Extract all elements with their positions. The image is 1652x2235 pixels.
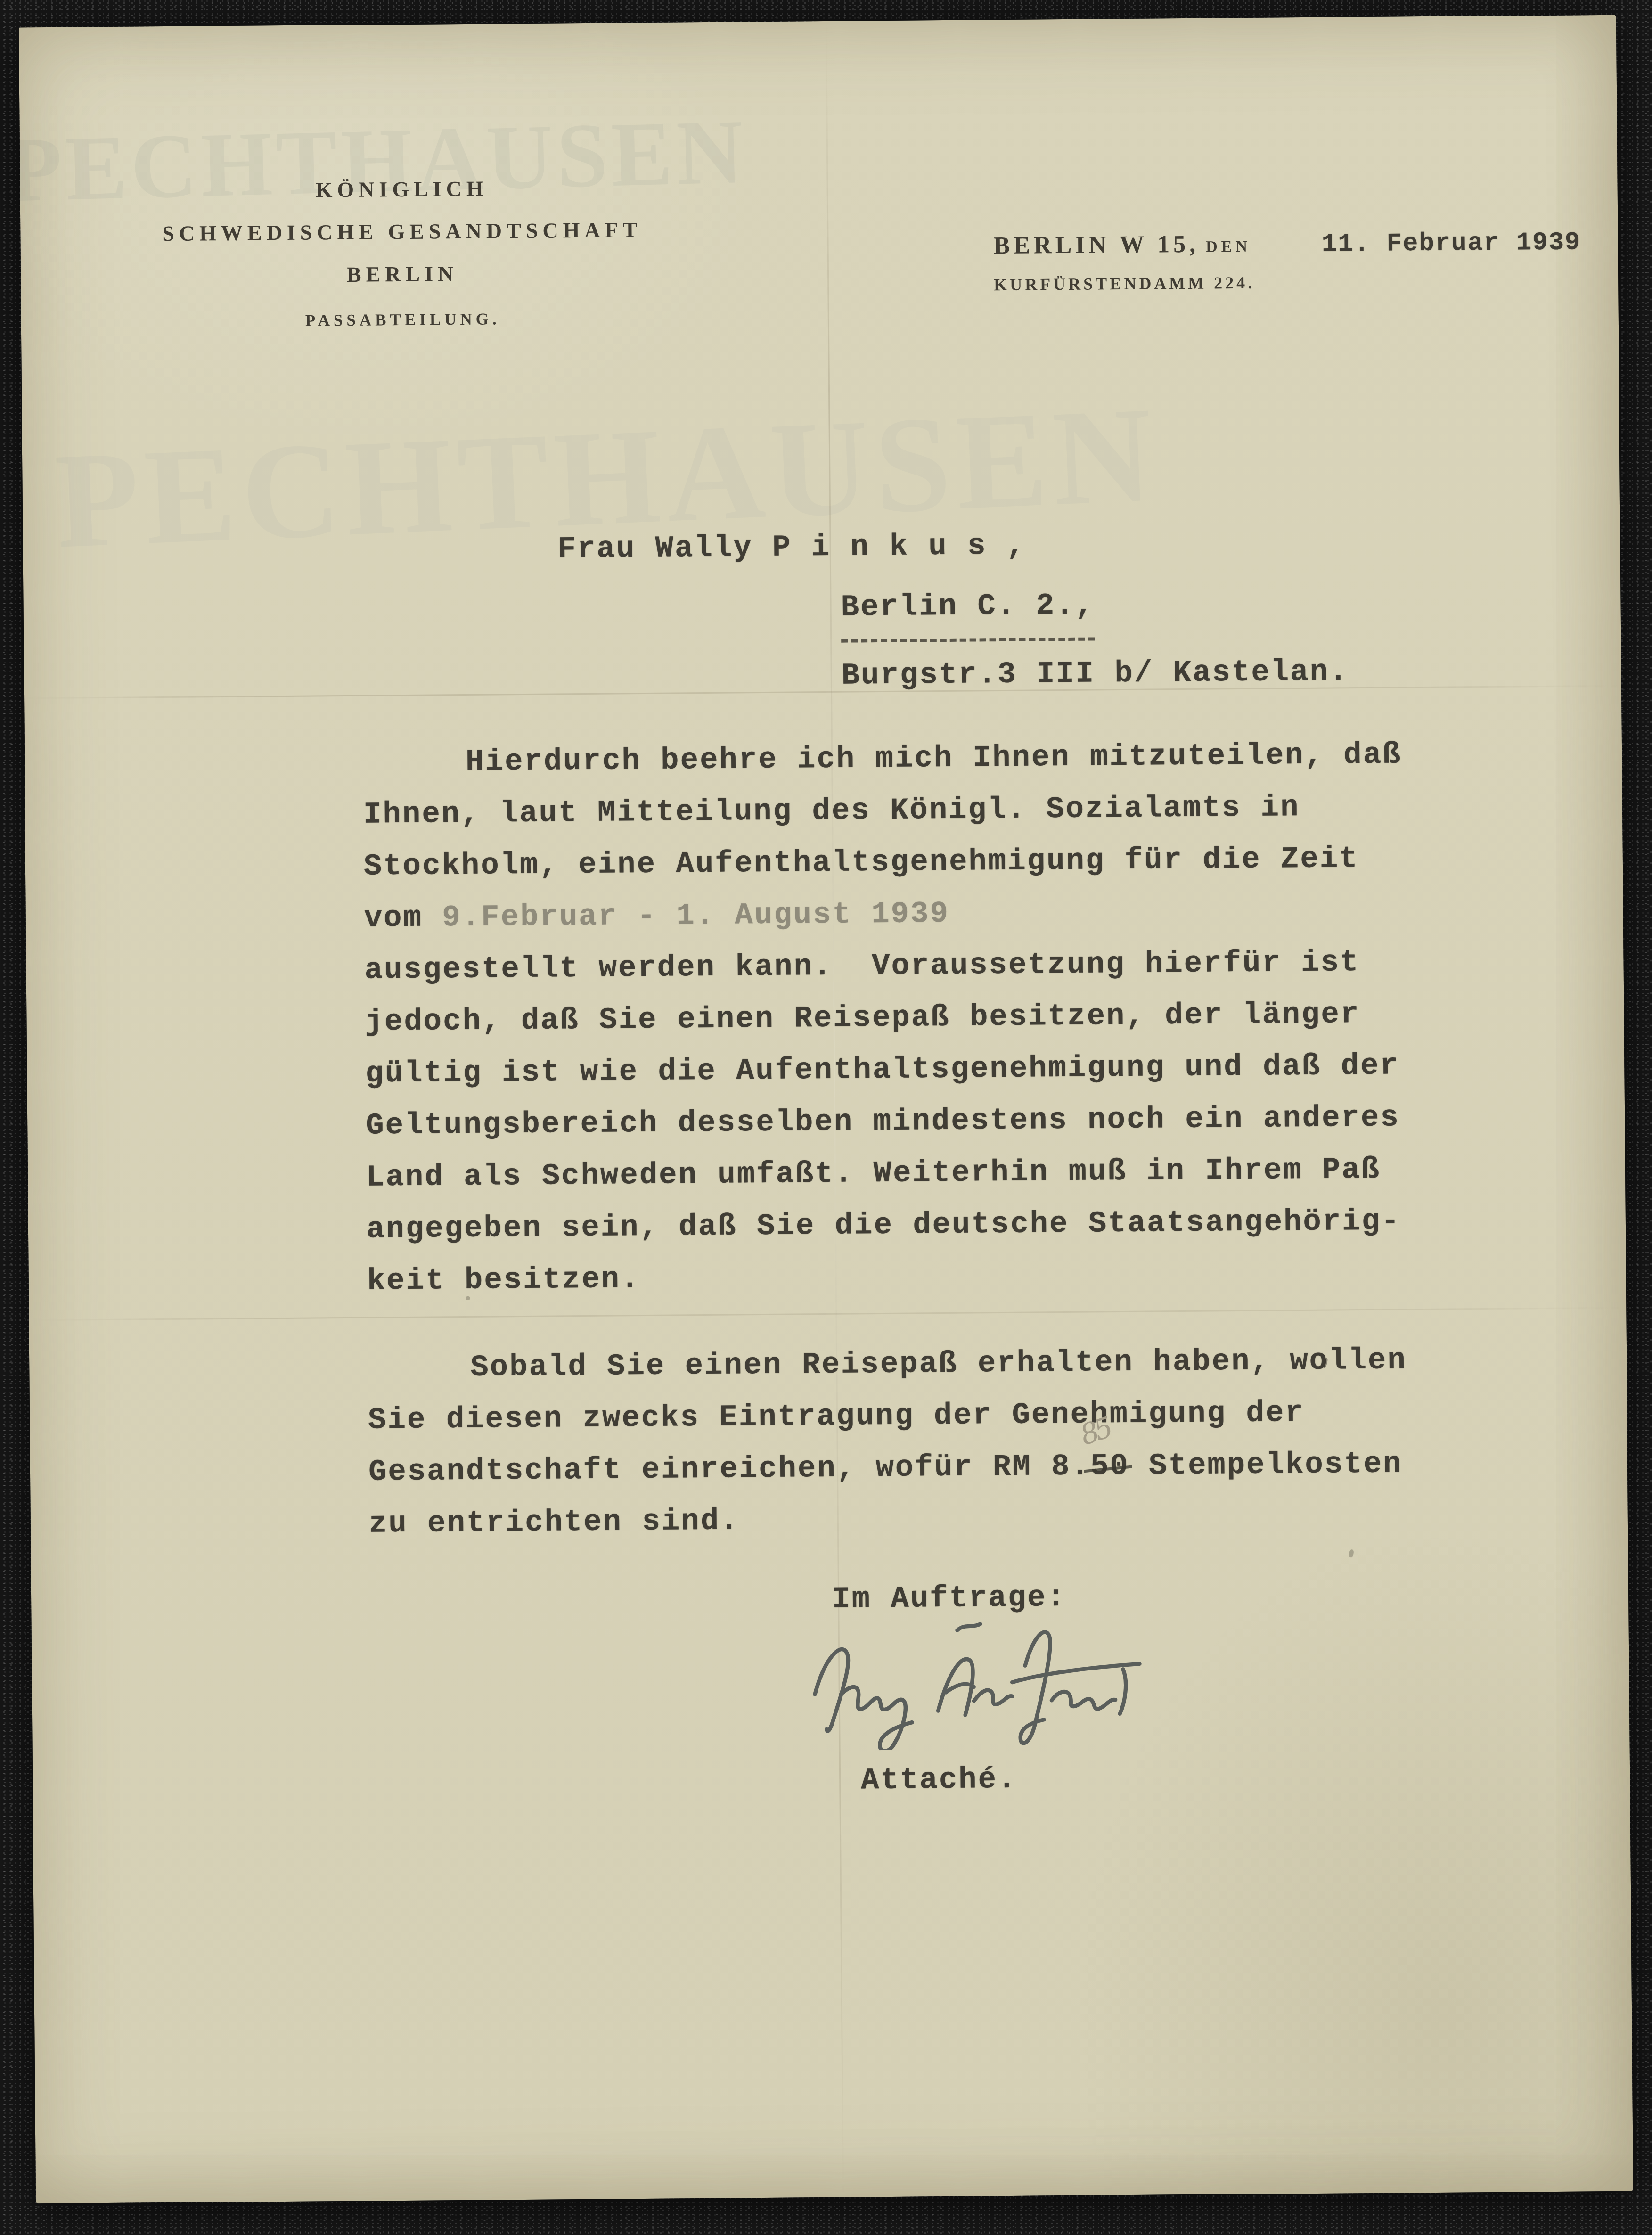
letter-page: PECHTHAUSEN PECHTHAUSEN KÖNIGLICH SCHWED…	[19, 15, 1633, 2203]
dateline-row: BERLIN W 15, DEN 11. Februar 1939	[993, 227, 1633, 262]
body-line: Sobald Sie einen Reisepaß erhalten haben…	[368, 1334, 1574, 1395]
letterhead-org-line3: BERLIN	[49, 250, 756, 298]
body-line: Stockholm, eine Aufenthaltsgenehmigung f…	[363, 832, 1570, 893]
body-line: Ihnen, laut Mitteilung des Königl. Sozia…	[363, 780, 1570, 841]
struck-amount: 5085	[1090, 1441, 1130, 1493]
closing-block: Im Auftrage: Hugo Arnfast Attaché.	[832, 1570, 1296, 1847]
recipient-city: Berlin C. 2.,	[841, 578, 1349, 642]
dateline-place: BERLIN W 15,	[993, 230, 1199, 260]
fee-text-before: Gesandtschaft einreichen, wofür RM 8.	[368, 1450, 1091, 1490]
body-line: jedoch, daß Sie einen Reisepaß besitzen,…	[365, 987, 1571, 1048]
handwritten-signature: Hugo Arnfast	[806, 1616, 1165, 1751]
body-line: angegeben sein, daß Sie die deutsche Sta…	[367, 1195, 1573, 1256]
letter-body: Hierdurch beehre ich mich Ihnen mitzutei…	[363, 728, 1575, 1550]
body-line-fee: Gesandtschaft einreichen, wofür RM 8.508…	[368, 1437, 1575, 1498]
body-line: zu entrichten sind.	[368, 1489, 1575, 1550]
letterhead-street: KURFÜRSTENDAMM 224.	[994, 270, 1633, 295]
signer-title: Attaché.	[861, 1754, 1017, 1807]
fee-text-after: Stempelkosten	[1129, 1447, 1403, 1483]
recipient-name: Frau Wally P i n k u s ,	[557, 517, 1348, 575]
inserted-validity-dates: 9.Februar - 1. August 1939	[442, 897, 949, 935]
body-line: keit besitzen.	[367, 1246, 1573, 1308]
body-line-inserted-dates: vom 9.Februar - 1. August 1939	[364, 884, 1570, 945]
ink-speck	[1349, 1549, 1354, 1558]
letterhead-department: PASSABTEILUNG.	[49, 308, 756, 332]
body-line: ausgestellt werden kann. Voraussetzung h…	[364, 935, 1571, 997]
typed-date: 11. Februar 1939	[1322, 228, 1581, 259]
body-line: Land als Schweden umfaßt. Weiterhin muß …	[366, 1143, 1573, 1204]
dateline: BERLIN W 15, DEN 11. Februar 1939 KURFÜR…	[993, 227, 1633, 295]
ink-speck	[466, 1296, 470, 1300]
letterhead-org-line1: KÖNIGLICH	[48, 165, 755, 213]
body-line: Sie diesen zwecks Eintragung der Genehmi…	[368, 1385, 1575, 1447]
body-line: Geltungsbereich desselben mindestens noc…	[366, 1091, 1572, 1152]
recipient-city-underlined: Berlin C. 2.,	[841, 580, 1095, 642]
body-line: gültig ist wie die Aufenthaltsgenehmigun…	[365, 1039, 1572, 1100]
recipient-street: Burgstr.3 III b/ Kastelan.	[841, 646, 1349, 702]
letterhead: KÖNIGLICH SCHWEDISCHE GESANDTSCHAFT BERL…	[48, 165, 756, 332]
dateline-den-label: DEN	[1206, 238, 1251, 256]
body-line: Hierdurch beehre ich mich Ihnen mitzutei…	[363, 728, 1570, 789]
recipient-address: Frau Wally P i n k u s , Berlin C. 2., B…	[557, 517, 1349, 704]
body-line-prefix: vom	[364, 901, 442, 935]
letterhead-org-line2: SCHWEDISCHE GESANDTSCHAFT	[49, 208, 756, 256]
